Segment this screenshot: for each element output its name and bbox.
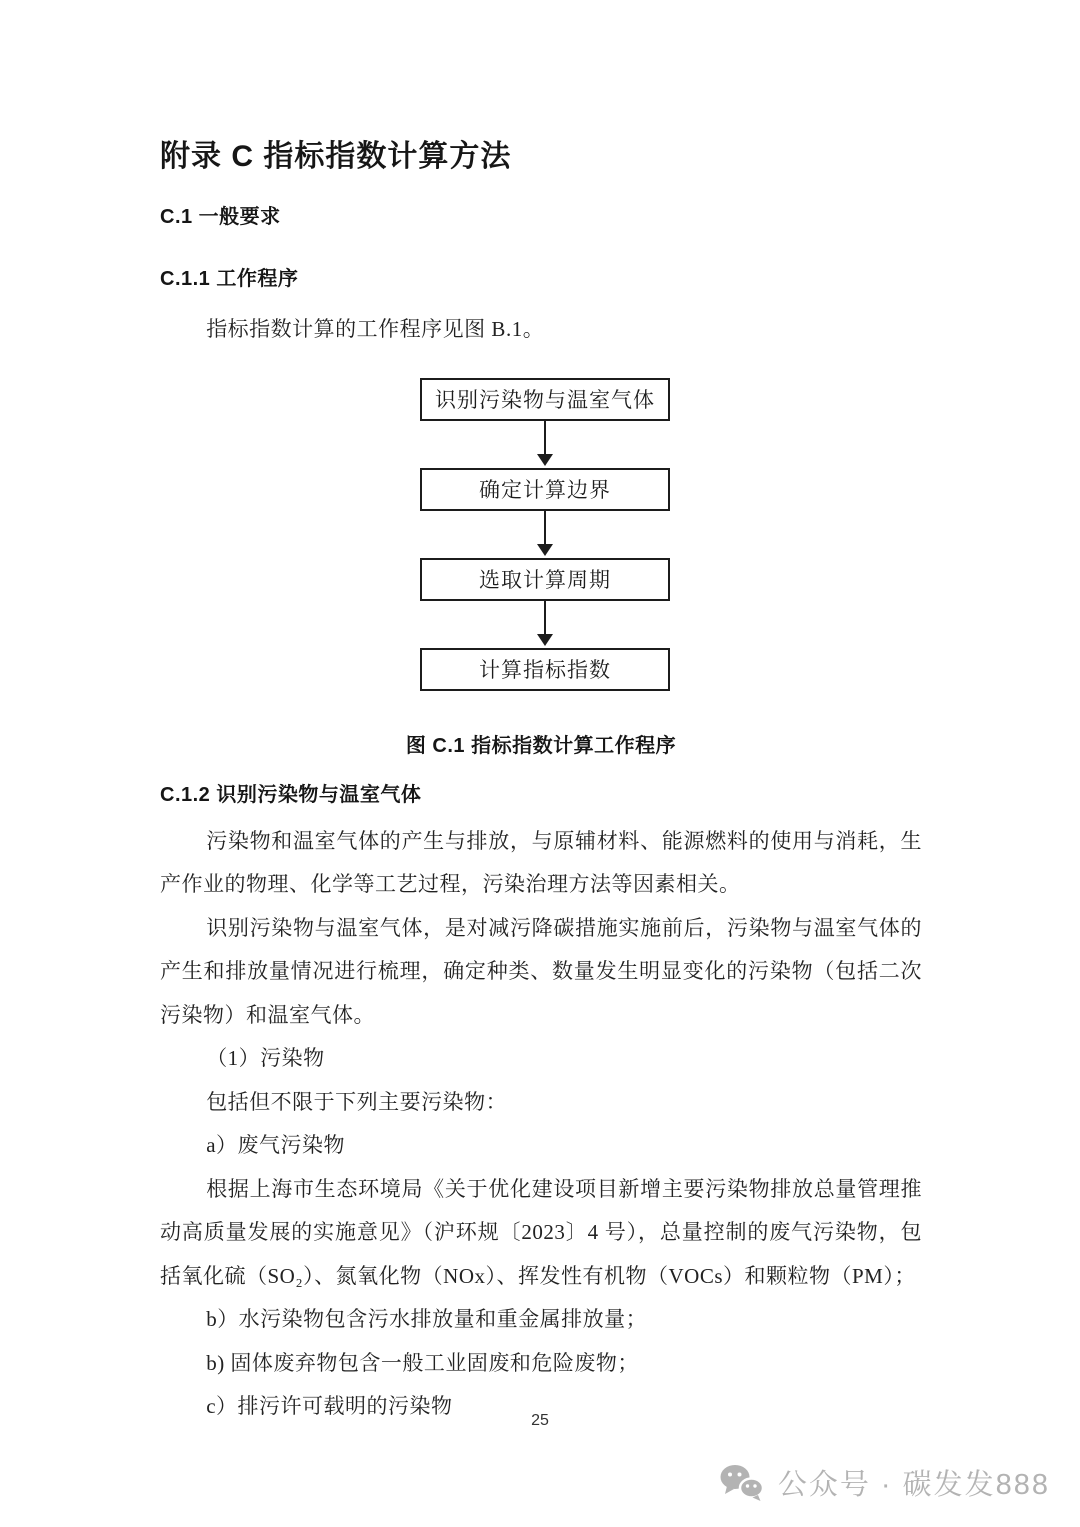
section-heading-c11: C.1.1 工作程序 [160, 266, 922, 292]
paragraph: 污染物和温室气体的产生与排放，与原辅材料、能源燃料的使用与消耗，生产作业的物理、… [160, 820, 922, 907]
down-arrow-icon [537, 421, 553, 468]
paragraph: 识别污染物与温室气体，是对减污降碳措施实施前后，污染物与温室气体的产生和排放量情… [160, 907, 922, 1038]
flowchart: 识别污染物与温室气体 确定计算边界 选取计算周期 计算指标指数 [168, 378, 922, 691]
watermark-text: 公众号 · 碳发发888 [778, 1462, 1050, 1503]
flowchart-step-identify: 识别污染物与温室气体 [420, 378, 670, 421]
section-heading-c1: C.1 一般要求 [160, 204, 922, 230]
down-arrow-icon [537, 511, 553, 558]
appendix-title: 附录 C 指标指数计算方法 [160, 138, 922, 176]
wechat-icon [719, 1464, 765, 1502]
flowchart-step-period: 选取计算周期 [420, 558, 670, 601]
list-item: b) 固体废弃物包含一般工业固废和危险废物； [160, 1342, 922, 1386]
down-arrow-icon [537, 601, 553, 648]
watermark: 公众号 · 碳发发888 [719, 1462, 1050, 1503]
list-item: b）水污染物包含污水排放量和重金属排放量； [160, 1298, 922, 1342]
flowchart-step-boundary: 确定计算边界 [420, 468, 670, 511]
page-content: 附录 C 指标指数计算方法 C.1 一般要求 C.1.1 工作程序 指标指数计算… [160, 0, 922, 1429]
list-item: （1）污染物 [160, 1037, 922, 1081]
document-page: 附录 C 指标指数计算方法 C.1 一般要求 C.1.1 工作程序 指标指数计算… [0, 0, 1080, 1527]
intro-paragraph: 指标指数计算的工作程序见图 B.1。 [160, 308, 922, 352]
paragraph: 根据上海市生态环境局《关于优化建设项目新增主要污染物排放总量管理推动高质量发展的… [160, 1168, 922, 1299]
figure-caption: 图 C.1 指标指数计算工作程序 [160, 729, 922, 758]
flowchart-step-calculate: 计算指标指数 [420, 648, 670, 691]
list-item: a）废气污染物 [160, 1124, 922, 1168]
section-heading-c12: C.1.2 识别污染物与温室气体 [160, 782, 922, 808]
page-number: 25 [0, 1412, 1080, 1430]
list-intro: 包括但不限于下列主要污染物： [160, 1081, 922, 1125]
